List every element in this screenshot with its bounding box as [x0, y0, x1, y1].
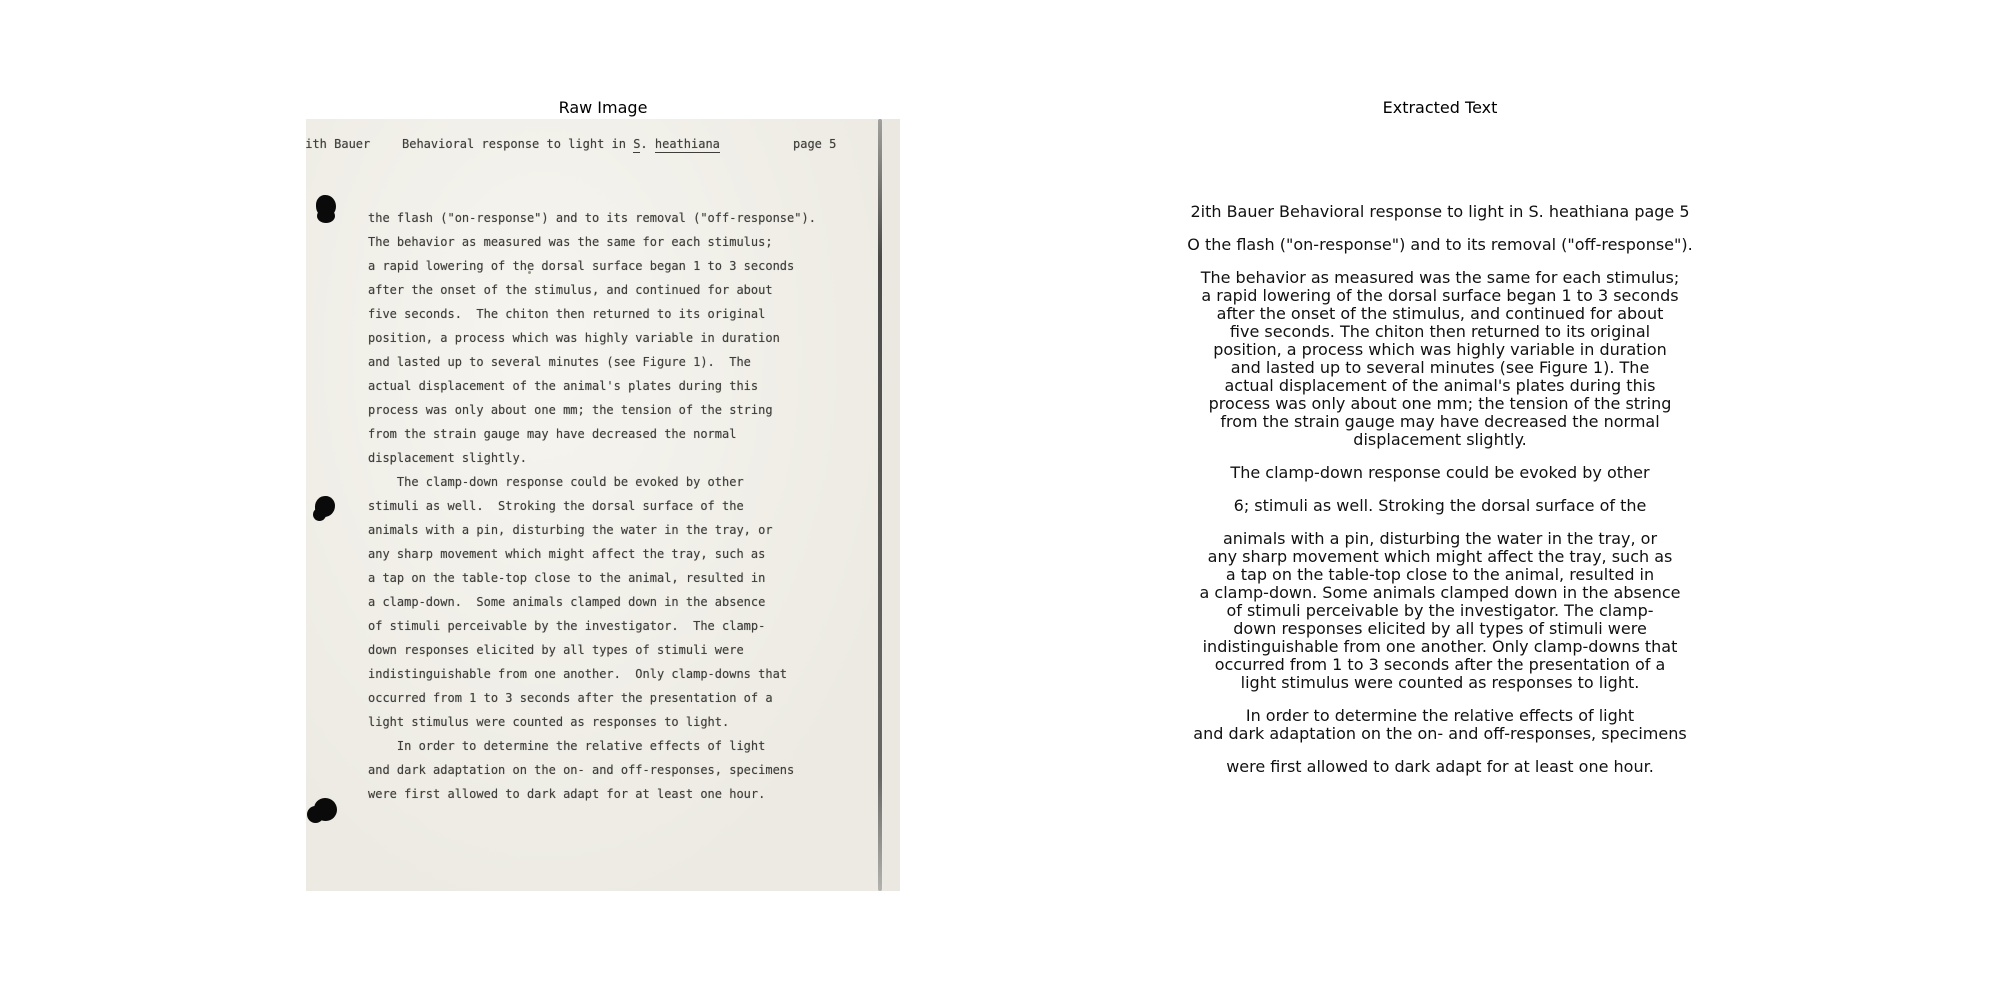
- ocr-comparison-view: Raw Image Extracted Text eith Bauer Beha…: [0, 0, 2000, 1000]
- scanned-document-page: eith Bauer Behavioral response to light …: [306, 119, 900, 891]
- extracted-paragraph: The clamp-down response could be evoked …: [1160, 464, 1720, 482]
- header-author-fragment: eith Bauer: [306, 137, 370, 151]
- header-species-name: heathiana: [655, 137, 720, 153]
- extracted-paragraphs: 2ith Bauer Behavioral response to light …: [1160, 203, 1720, 791]
- extracted-paragraph: O the flash ("on-response") and to its r…: [1160, 236, 1720, 254]
- raw-image-title: Raw Image: [306, 98, 900, 117]
- scan-speck: [528, 271, 531, 274]
- document-body-text: the flash ("on-response") and to its rem…: [368, 206, 816, 806]
- header-species-separator: .: [640, 137, 654, 151]
- header-document-title: Behavioral response to light in S. heath…: [402, 137, 720, 151]
- header-title-prefix: Behavioral response to light in: [402, 137, 633, 151]
- extracted-text-title: Extracted Text: [1160, 98, 1720, 117]
- extracted-paragraph: The behavior as measured was the same fo…: [1160, 269, 1720, 449]
- header-page-number: page 5: [793, 137, 836, 151]
- document-header: eith Bauer Behavioral response to light …: [306, 137, 900, 157]
- extracted-paragraph: were first allowed to dark adapt for at …: [1160, 758, 1720, 776]
- extracted-paragraph: animals with a pin, disturbing the water…: [1160, 530, 1720, 692]
- scan-edge-line: [878, 119, 882, 891]
- scan-edge-strip: [883, 119, 900, 891]
- extracted-paragraph: In order to determine the relative effec…: [1160, 707, 1720, 743]
- extracted-paragraph: 6; stimuli as well. Stroking the dorsal …: [1160, 497, 1720, 515]
- extracted-paragraph: 2ith Bauer Behavioral response to light …: [1160, 203, 1720, 221]
